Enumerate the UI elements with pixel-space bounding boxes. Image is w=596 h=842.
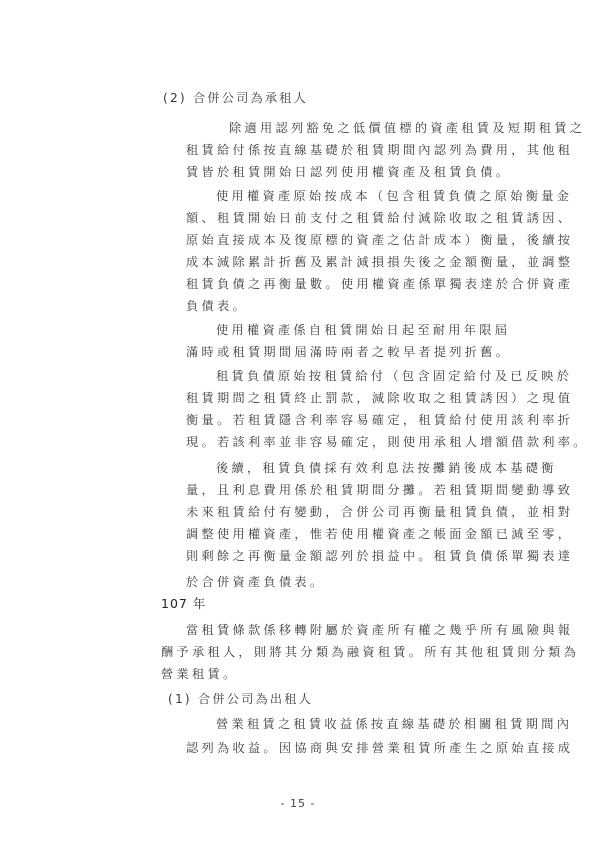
paragraph-line: 額、租賃開始日前支付之租賃給付減除收取之租賃誘因、: [186, 211, 573, 225]
paragraph-line: 認列為收益。因協商與安排營業租賃所產生之原始直接成: [186, 741, 573, 755]
paragraph-line: 則剩餘之再衡量金額認列於損益中。租賃負債係單獨表達: [186, 549, 573, 563]
paragraph-line: 當租賃條款係移轉附屬於資產所有權之幾乎所有風險與報: [186, 623, 573, 637]
paragraph-line: 使用權資產係自租賃開始日起至耐用年限屆: [216, 323, 510, 337]
paragraph-line: 營業租賃之租賃收益係按直線基礎於相關租賃期間內: [216, 717, 572, 731]
section-heading-lessee: (2) 合併公司為承租人: [163, 91, 308, 105]
page-number: - 15 -: [0, 797, 596, 810]
paragraph-line: 未來租賃給付有變動，合併公司再衡量租賃負債，並相對: [186, 505, 573, 519]
paragraph-line: 後續，租賃負債採有效利息法按攤銷後成本基礎衡: [216, 461, 557, 475]
paragraph-line: 現。若該利率並非容易確定，則使用承租人增額借款利率。: [186, 435, 589, 449]
paragraph-line: 租賃期間之租賃終止罰款，減除收取之租賃誘因）之現值: [186, 391, 573, 405]
paragraph-line: 量，且利息費用係於租賃期間分攤。若租賃期間變動導致: [186, 483, 573, 497]
paragraph-line: 衡量。若租賃隱含利率容易確定，租賃給付使用該利率折: [186, 413, 573, 427]
paragraph-line: 營業租賃。: [161, 667, 238, 681]
paragraph-line: 賃皆於租賃開始日認列使用權資產及租賃負債。: [186, 165, 511, 179]
paragraph-line: 負債表。: [186, 299, 248, 313]
paragraph-line: 租賃給付係按直線基礎於租賃期間內認列為費用，其他租: [186, 143, 573, 157]
paragraph-line: 調整使用權資產，惟若使用權資產之帳面金額已減至零，: [186, 527, 573, 541]
paragraph-line: 於合併資產負債表。: [186, 575, 325, 589]
year-heading: 107 年: [161, 597, 206, 611]
paragraph-line: 酬予承租人，則將其分類為融資租賃。所有其他租賃則分類為: [161, 645, 579, 659]
paragraph-line: 使用權資產原始按成本（包含租賃負債之原始衡量金: [216, 189, 572, 203]
paragraph-line: 租賃負債原始按租賃給付（包含固定給付及已反映於: [216, 369, 572, 383]
paragraph-line: 原始直接成本及復原標的資產之估計成本）衡量，後續按: [186, 233, 573, 247]
paragraph-line: 滿時或租賃期間屆滿時兩者之較早者提列折舊。: [186, 345, 511, 359]
section-heading-lessor: (1) 合併公司為出租人: [168, 692, 313, 706]
paragraph-line: 除適用認列豁免之低價值標的資產租賃及短期租賃之: [229, 121, 585, 135]
document-page: (2) 合併公司為承租人 除適用認列豁免之低價值標的資產租賃及短期租賃之 租賃給…: [0, 0, 596, 842]
paragraph-line: 租賃負債之再衡量數。使用權資產係單獨表達於合併資產: [186, 277, 573, 291]
paragraph-line: 成本減除累計折舊及累計減損損失後之金額衡量，並調整: [186, 255, 573, 269]
